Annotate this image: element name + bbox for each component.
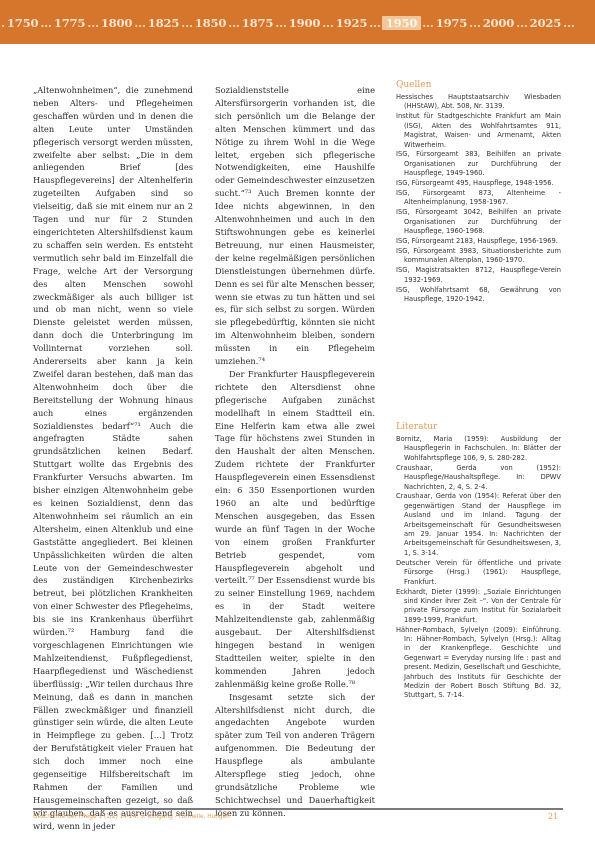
timeline-year-1875: 1875 xyxy=(241,16,274,30)
literature-item: Deutscher Verein für öffentliche und pri… xyxy=(396,559,561,587)
footer-citation: Geschichte der Pflege 1 (1/2) 14-24, S. … xyxy=(33,814,230,820)
source-item: ISG, Fürsorgeamt 495, Hauspflege, 1948-1… xyxy=(396,179,561,188)
timeline-year-1950: 1950 xyxy=(382,16,421,30)
timeline-separator: ... xyxy=(516,16,528,30)
sources-list: Hessisches Hauptstaatsarchiv Wiesbaden (… xyxy=(396,93,561,304)
source-item: ISG, Fürsorgeamt 873, Altenheime - Alten… xyxy=(396,189,561,208)
source-item: Hessisches Hauptstaatsarchiv Wiesbaden (… xyxy=(396,93,561,112)
article-paragraph: „Altenwohnheimen“, die zunehmend neben A… xyxy=(33,84,193,833)
literature-item: Craushaar, Gerda von (1954): Referat übe… xyxy=(396,492,561,558)
article-paragraph: Der Frankfurter Hauspflegeverein richtet… xyxy=(215,368,375,691)
sources-heading: Quellen xyxy=(396,80,561,90)
timeline-year-1825: 1825 xyxy=(147,16,180,30)
timeline-separator: ... xyxy=(228,16,240,30)
article-paragraph: Sozialdienststelle eine Altersfürsorgeri… xyxy=(215,84,375,368)
source-item: ISG, Wohlfahrtsamt 68, Gewährung von Hau… xyxy=(396,286,561,305)
article-left-column: „Altenwohnheimen“, die zunehmend neben A… xyxy=(33,84,193,833)
literature-heading: Literatur xyxy=(396,422,561,432)
page-number: 21 xyxy=(548,812,558,821)
source-item: ISG, Fürsorgeamt 2183, Hauspflege, 1956-… xyxy=(396,237,561,246)
timeline-separator: ... xyxy=(40,16,52,30)
timeline-separator: . xyxy=(1,16,5,30)
sources-section: Quellen Hessisches Hauptstaatsarchiv Wie… xyxy=(396,80,561,305)
source-item: ISG, Fürsorgeamt 3042, Beihilfen an priv… xyxy=(396,208,561,236)
timeline-separator: ... xyxy=(563,16,575,30)
timeline-separator: ... xyxy=(87,16,99,30)
source-item: ISG, Fürsorgeamt 3983, Situationsbericht… xyxy=(396,247,561,266)
article-paragraph: Insgesamt setzte sich der Altershilfsdie… xyxy=(215,691,375,820)
literature-item: Craushaar, Gerda von (1952): Hauspflege/… xyxy=(396,464,561,492)
literature-item: Hähner-Rombach, Sylvelyn (2009): Einführ… xyxy=(396,626,561,701)
timeline-bar: . 1750 ... 1775 ... 1800 ... 1825 ... 18… xyxy=(0,0,595,44)
timeline-separator: ... xyxy=(134,16,146,30)
timeline-separator: ... xyxy=(369,16,381,30)
source-item: ISG, Magistratsakten 8712, Hauspflege-Ve… xyxy=(396,266,561,285)
timeline-separator: ... xyxy=(422,16,434,30)
timeline-year-1900: 1900 xyxy=(288,16,321,30)
source-item: Institut für Stadtgeschichte Frankfurt a… xyxy=(396,112,561,150)
timeline-year-1800: 1800 xyxy=(100,16,133,30)
literature-section: Literatur Bornitz, Maria (1959): Ausbild… xyxy=(396,422,561,701)
literature-list: Bornitz, Maria (1959): Ausbildung der Ha… xyxy=(396,435,561,701)
timeline-year-1750: 1750 xyxy=(6,16,39,30)
timeline-year-1975: 1975 xyxy=(435,16,468,30)
timeline-year-1775: 1775 xyxy=(53,16,86,30)
timeline-year-1925: 1925 xyxy=(335,16,368,30)
timeline-year-1850: 1850 xyxy=(194,16,227,30)
timeline-years: . 1750 ... 1775 ... 1800 ... 1825 ... 18… xyxy=(0,14,595,32)
timeline-separator: ... xyxy=(275,16,287,30)
timeline-separator: ... xyxy=(181,16,193,30)
timeline-year-2000: 2000 xyxy=(482,16,515,30)
literature-item: Eckhardt, Dieter (1999): „Soziale Einric… xyxy=(396,588,561,626)
footer-divider xyxy=(33,808,563,810)
timeline-separator: ... xyxy=(322,16,334,30)
timeline-separator: ... xyxy=(469,16,481,30)
literature-item: Bornitz, Maria (1959): Ausbildung der Ha… xyxy=(396,435,561,463)
timeline-year-2025: 2025 xyxy=(529,16,562,30)
article-middle-column: Sozialdienststelle eine Altersfürsorgeri… xyxy=(215,84,375,820)
source-item: ISG, Fürsorgeamt 383, Beihilfen an priva… xyxy=(396,150,561,178)
